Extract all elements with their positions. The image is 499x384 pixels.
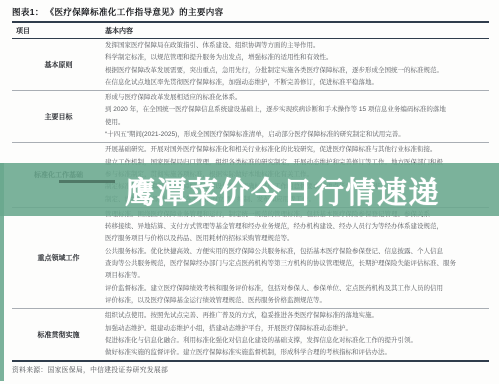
figure-caption-title: 《医疗保障标准化工作指导意见》的主要内容 (50, 7, 224, 17)
row-label: 重点领域工作 (12, 208, 105, 308)
watermark-banner: 鹰潭菜价今日行情速递 (0, 163, 499, 216)
figure-caption: 图表1：《医疗保障标准化工作指导意见》的主要内容 (12, 6, 224, 18)
watermark-left-strip (0, 163, 4, 381)
content-line: 科学制定标准，以规范管理和提升服务为出发点，增强标准的适用性和有效性。 (105, 52, 489, 64)
column-header-project: 项目 (12, 26, 105, 36)
content-line: 开展基础研究。开展对国外医疗保障标准化和相关行业标准化的比较研究，促进医疗保障标… (105, 144, 489, 156)
row-label: 基本原则 (12, 39, 105, 90)
row-content: 形成与医疗保障改革发展相适应的标准化体系。到 2020 年，在全国统一医疗保障信… (105, 91, 489, 142)
content-line: “十四五”期间(2021-2025)，形成全国医疗保障标准清单，启动部分医疗保障… (105, 129, 489, 141)
content-line: 使用。 (105, 117, 489, 129)
figure-caption-label: 图表1： (12, 7, 44, 17)
content-line: 公共服务标准。优化快捷高效、方便实用的医疗保障公共服务标准，包括基本医疗保险参保… (105, 246, 489, 258)
watermark-dash-line (59, 180, 115, 183)
watermark-text: 鹰潭菜价今日行情速递 (125, 168, 440, 212)
content-line: 转移接续、异地结算、支付方式管理等基金管理和经办业务规范，经办机构建设、经办人员… (105, 221, 489, 233)
row-label: 标准贯彻实施 (12, 309, 105, 360)
content-line: 发挥国家医疗保障局在政策指引、体系建设、组织协调等方面的主导作用。 (105, 40, 489, 52)
source-note: 资料来源：国家医保局，中信建投证券研究发展部 (12, 364, 168, 374)
table-row: 基本原则发挥国家医疗保障局在政策指引、体系建设、组织协调等方面的主导作用。科学制… (12, 39, 489, 91)
table-row: 重点领域工作管理标准。围绕医疗保障业务管理和运行，制定统一规范的管理标准，包括基… (12, 208, 489, 309)
content-line: 组织试点使用。按照先试点完善、再推广普及的方式，稳妥推进各类医疗保障标准的落地实… (105, 310, 489, 322)
content-line: 评价标准，以及医疗保障基金运行绩效管理规范、医药服务价格监测规范等。 (105, 295, 489, 307)
content-line: 查询等公共服务规范，医疗保障经办部门与定点医药机构等第三方机构的协议管理规范，长… (105, 258, 489, 270)
column-header-content: 基本内容 (105, 26, 133, 36)
content-line: 根据医疗保障改革发展需要，突出重点，急用先行，分批制定实施各类医疗保障标准，逐步… (105, 65, 489, 77)
content-line: 医疗服务项目与价格以及药品、医用耗材的招标采购管理规范等。 (105, 233, 489, 245)
row-label: 主要目标 (12, 91, 105, 142)
content-line: 形成与医疗保障改革发展相适应的标准化体系。 (105, 92, 489, 104)
report-figure-page: 图表1：《医疗保障标准化工作指导意见》的主要内容 项目 基本内容 基本原则发挥国… (0, 0, 499, 384)
content-line: 做好标准实施的监督评价。建立医疗保障标准实施监督机制，形成科学合理的考核指标和评… (105, 347, 489, 359)
content-line: 项目标准等。 (105, 270, 489, 282)
row-content: 组织试点使用。按照先试点完善、再推广普及的方式，稳妥推进各类医疗保障标准的落地实… (105, 309, 489, 360)
table-row: 标准贯彻实施组织试点使用。按照先试点完善、再推广普及的方式，稳妥推进各类医疗保障… (12, 309, 489, 360)
content-line: 到 2020 年，在全国统一医疗保障信息系统建设基础上，逐步实现疾病诊断和手术操… (105, 104, 489, 116)
row-content: 发挥国家医疗保障局在政策指引、体系建设、组织协调等方面的主导作用。科学制定标准，… (105, 39, 489, 90)
content-line: 加强动态维护。组建动态维护小组，搭建动态维护平台，开展医疗保障标准动态维护。 (105, 323, 489, 335)
table-header-row: 项目 基本内容 (12, 21, 489, 39)
row-content: 管理标准。围绕医疗保障业务管理和运行，制定统一规范的管理标准，包括基本医疗保险参… (105, 208, 489, 308)
content-line: 促进标准化与信息化融合。利用标准化强化对信息化建设的基础支撑，发挥信息化对标准化… (105, 335, 489, 347)
content-line: 评价监督标准。建立医疗保障绩效考核和服务评价标准，包括对参保人、参保单位、定点医… (105, 283, 489, 295)
content-line: 在信息化试点地区率先贯彻医疗保障标准，加强动态维护，不断完善修订，促进标准平稳落… (105, 77, 489, 89)
table-row: 主要目标形成与医疗保障改革发展相适应的标准化体系。到 2020 年，在全国统一医… (12, 91, 489, 143)
